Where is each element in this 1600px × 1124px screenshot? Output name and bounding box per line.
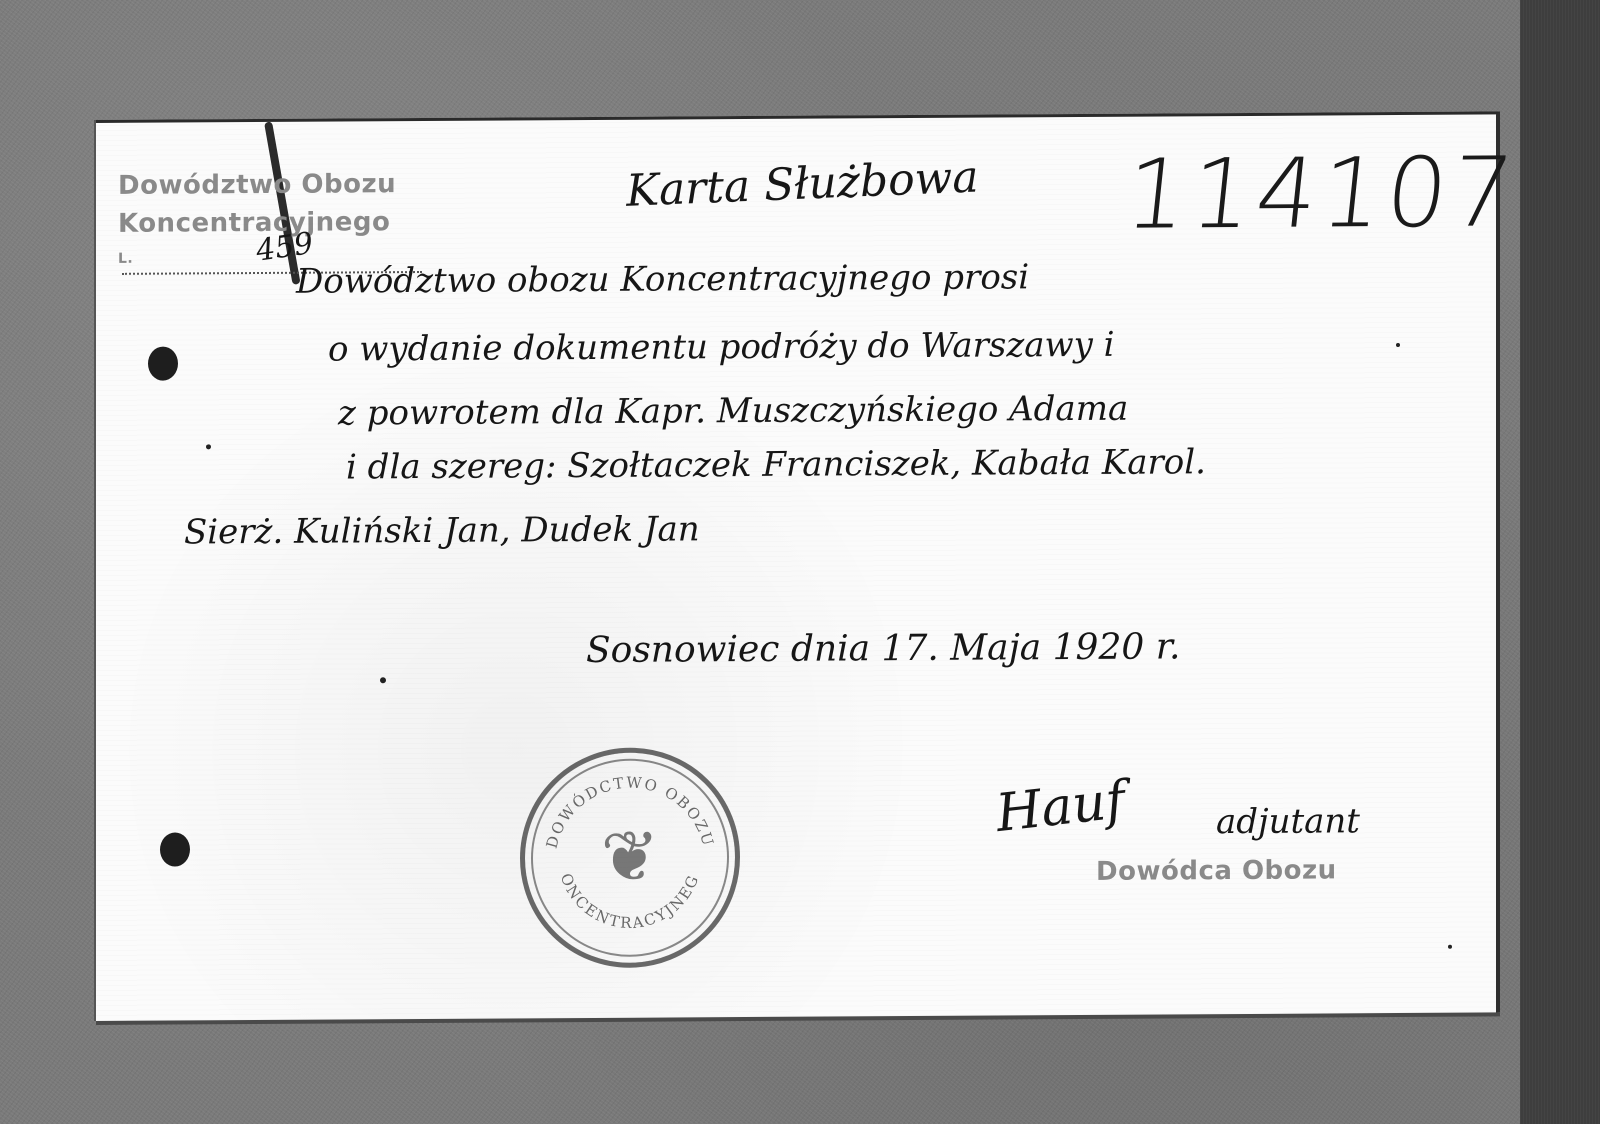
- place-date-line: Sosnowiec dnia 17. Maja 1920 r.: [586, 626, 1180, 671]
- ink-speck: [380, 677, 386, 683]
- ink-speck: [206, 444, 211, 449]
- printed-signature-caption: Dowódca Obozu: [1096, 855, 1337, 886]
- body-line-5: Sierż. Kuliński Jan, Dudek Jan: [184, 509, 700, 552]
- body-line-4: i dla szereg: Szołtaczek Franciszek, Kab…: [346, 442, 1206, 487]
- body-line-1: Dowództwo obozu Koncentracyjnego prosi: [296, 257, 1029, 301]
- ink-speck: [1448, 945, 1452, 949]
- eagle-emblem-icon: ❦: [595, 809, 665, 905]
- printed-header-mark: L.: [118, 251, 133, 267]
- official-seal: DOWÓDCTWO OBOZU KONCENTRACYJNEGO ❦: [520, 747, 740, 968]
- ink-speck: [1396, 343, 1400, 347]
- body-line-3: z powrotem dla Kapr. Muszczyńskiego Adam…: [338, 389, 1128, 434]
- signature: Hauf: [993, 770, 1128, 844]
- punch-hole-bottom: [160, 832, 190, 866]
- scan-edge-strip: [1520, 0, 1600, 1124]
- printed-header-line-1: Dowództwo Obozu: [118, 169, 396, 201]
- document-card: Dowództwo Obozu Koncentracyjnego L. 459 …: [96, 111, 1500, 1021]
- reference-number: 114107: [1120, 136, 1522, 250]
- body-line-2: o wydanie dokumentu podróży do Warszawy …: [328, 325, 1115, 370]
- signature-title: adjutant: [1216, 801, 1360, 842]
- document-title: Karta Służbowa: [625, 151, 979, 216]
- punch-hole-top: [148, 346, 178, 380]
